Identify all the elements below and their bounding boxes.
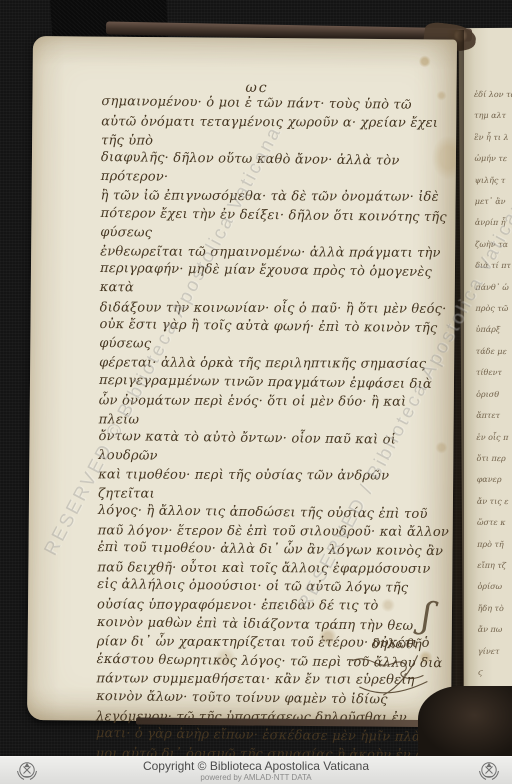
facing-text-line: πάνθ᾽ ὡ [475,277,512,299]
manuscript-text-line: ὧν ὀνομάτων περὶ ἑνός· ὅτι οἱ μὲν δύο· ἢ… [99,392,451,431]
facing-text-line: ὁρισθ [476,384,512,406]
manuscript-text-line: διαφυλῆς· δῆλον οὕτω καθὸ ἄνον· ἀλλὰ τὸν… [101,149,453,190]
facing-text-line: ὥστε κ [477,512,512,534]
facing-text-line: ἐν οἷς π [476,426,512,448]
facing-text-line: πρὸς τῶ [475,298,512,320]
copyright-text: Copyright © Biblioteca Apostolica Vatica… [0,759,512,773]
manuscript-text-line: οὐκ ἔστι γὰρ ἢ τοῖς αὐτὰ φωνή· ἐπὶ τὸ κο… [99,316,451,357]
facing-text-line: ἓν ἧ τι λ [474,127,512,149]
facing-text-line: ζωὴν τα [475,234,512,256]
facing-text-line: φανερ [477,469,512,491]
book-bottom-binding-corner [418,686,512,760]
facing-page-edge: ἐδί λον τατημ αλτἓν ἧ τι λὡμήν τεψιλῆς τ… [459,28,512,730]
facing-text-line: εἴπη τζ [477,555,512,577]
facing-text-line: ὁρίσω [477,576,512,598]
facing-text-line: τημ αλτ [474,105,512,127]
facing-text-line: ὡμήν τε [474,148,512,170]
facing-text-line: μετ᾽ ἂν [475,191,512,213]
scribe-flourish-icon [345,651,437,704]
facing-text-line: ὑπάρξ [476,319,512,341]
facing-text-line: ἄν πω [478,619,512,641]
manuscript-text-line: περιγραφήν· μηδὲ μίαν ἔχουσα πρὸς τὸ ὁμο… [100,260,452,301]
manuscript-text-line: ἢ τῶν ἰῶ ἐπιγνωσόμεθα· τὰ δὲ τῶν ὀνομάτω… [101,187,453,207]
manuscript-text-line: πότερον ἔχει τὴν ἐν δείξει· δῆλον ὅτι κο… [100,205,452,246]
facing-text-line: ἤδη τὸ [478,598,512,620]
facing-text-line: ἀνρίπ ἧ [475,212,512,234]
facing-text-line: ἅπτετ [476,405,512,427]
manuscript-scan-viewport[interactable]: ἐδί λον τατημ αλτἓν ἧ τι λὡμήν τεψιλῆς τ… [0,0,512,784]
manuscript-text-line: οὐσίας ὑπογραφόμενοι· ἐπειδὰν δέ τις τὸ [97,596,449,616]
facing-text-line: ϛ [478,662,512,684]
powered-by-text: powered by AMLAD·NTT DATA [0,773,512,782]
facing-text-line: ὅτι περ [477,448,512,470]
manuscript-page: ωϲ σημαινομένου· ὁ μοι ἐ τῶν πάντ· τοὺς … [27,36,457,724]
manuscript-text-line: λόγος· ἢ ἄλλον τις ἀποδώσει τῆς οὐσίας ἐ… [98,502,450,525]
vatican-library-emblem-icon [15,758,39,782]
facing-text-line: τάδε με [476,341,512,363]
facing-text-line: ἐδί λον τα [474,84,512,106]
vatican-library-emblem-icon [477,758,501,782]
manuscript-text-line: περιγεγραμμένων τινῶν πραγμάτων ἐμφάσει … [99,372,451,395]
manuscript-text-line: σημαινομένου· ὁ μοι ἐ τῶν πάντ· τοὺς ὑπὸ… [101,93,453,116]
manuscript-text-line: ὄντων κατὰ τὸ αὐτὸ ὄντων· οἷον παῦ καὶ ο… [98,428,450,469]
facing-text-line: τίθεντ [476,362,512,384]
copyright-bar: Copyright © Biblioteca Apostolica Vatica… [0,756,512,784]
facing-text-line: πρὸ τῆ [477,533,512,555]
manuscript-text-line: αὐτῶ ὀνόματι τεταγμένοις χωροῦν α· χρεία… [101,113,453,152]
facing-text-line: ἄν τις ε [477,491,512,513]
facing-text-line: ψιλῆς τ [475,170,512,192]
facing-page-text: ἐδί λον τατημ αλτἓν ἧ τι λὡμήν τεψιλῆς τ… [459,28,512,684]
facing-text-line: διὰ τί πτ [475,255,512,277]
facing-text-line: γίνετ [478,640,512,662]
manuscript-text-line: καὶ τιμοθέου· περὶ τῆς οὐσίας τῶν ἀνδρῶν… [98,466,450,505]
